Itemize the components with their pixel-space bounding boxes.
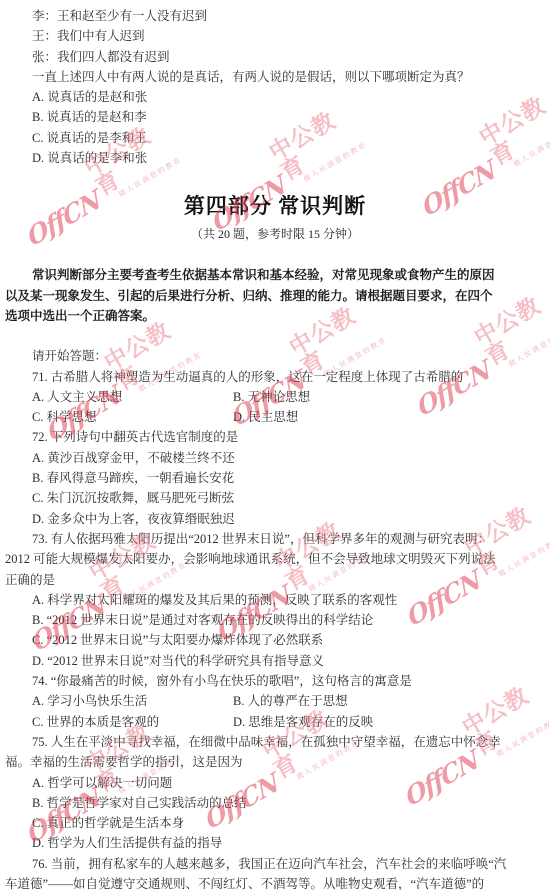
text-line: 75. 人生在平淡中寻找幸福，在细微中品味幸福，在孤独中守望幸福，在遗忘中怀念幸 bbox=[5, 732, 545, 752]
text-line: B. 哲学是哲学家对自己实践活动的总结 bbox=[5, 793, 545, 813]
text-line: 73. 有人依据玛雅太阳历提出“2012 世界末日说”，但科学界多年的观测与研究… bbox=[5, 529, 545, 549]
text-line: 2012 可能大规模爆发太阳要办，会影响地球通讯系统，但不会导致地球文明毁灭下列… bbox=[5, 549, 545, 569]
text-line: 选项中选出一个正确答案。 bbox=[5, 306, 545, 326]
logic-question-block: 李：王和赵至少有一人没有迟到王：我们中有人迟到张：我们四人都没有迟到一直上述四人… bbox=[5, 6, 545, 168]
text-line: B. 春风得意马蹄疾，一朝看遍长安花 bbox=[5, 468, 545, 488]
text-line: 福。幸福的生活需要哲学的指引，这是因为 bbox=[5, 752, 545, 772]
text-line: A. 学习小鸟快乐生活B. 人的尊严在于思想 bbox=[5, 691, 545, 711]
text-line: A. 人文主义思想B. 无神论思想 bbox=[5, 387, 545, 407]
text-line: 常识判断部分主要考查考生依据基本常识和基本经验，对常见现象或食物产生的原因 bbox=[5, 265, 545, 285]
text-line: C. 科学思想D. 民主思想 bbox=[5, 407, 545, 427]
text-line: B. “2012 世界末日说”是通过对客观存在的反映得出的科学结论 bbox=[5, 610, 545, 630]
text-line: 71. 古希腊人将神塑造为生动逼真的人的形象，这在一定程度上体现了古希腊的 bbox=[5, 367, 545, 387]
section-title: 第四部分 常识判断 bbox=[5, 191, 545, 221]
text-line: 正确的是 bbox=[5, 570, 545, 590]
section-instructions: 常识判断部分主要考查考生依据基本常识和基本经验，对常见现象或食物产生的原因以及某… bbox=[5, 265, 545, 326]
text-line: 72. 下列诗句中翻英古代选官制度的是 bbox=[5, 427, 545, 447]
text-line: 76. 当前，拥有私家车的人越来越多，我国正在迈向汽车社会，汽车社会的来临呼唤“… bbox=[5, 854, 545, 874]
text-line: A. 哲学可以解决一切问题 bbox=[5, 773, 545, 793]
text-line: A. 科学界对太阳耀斑的爆发及其后果的预测，反映了联系的客观性 bbox=[5, 590, 545, 610]
text-line: B. 说真话的是赵和李 bbox=[5, 107, 545, 127]
text-line: 一直上述四人中有两人说的是真话，有两人说的是假话，则以下哪项断定为真？ bbox=[5, 67, 545, 87]
text-line: 车道德”——如自觉遵守交通规则、不闯红灯、不酒驾等。从唯物史观看，“汽车道德”的 bbox=[5, 874, 545, 890]
text-line: 以及某一现象发生、引起的后果进行分析、归纳、推理的能力。请根据题目要求，在四个 bbox=[5, 286, 545, 306]
document-page: { "section": { "title": "第四部分 常识判断", "su… bbox=[0, 0, 550, 890]
text-line: C. 朱门沉沉按歌舞，厩马肥死弓断弦 bbox=[5, 488, 545, 508]
text-line: 74. “你最痛苦的时候，窗外有小鸟在快乐的歌唱”，这句格言的寓意是 bbox=[5, 671, 545, 691]
text-line: 王：我们中有人迟到 bbox=[5, 26, 545, 46]
questions-block: 请开始答题：71. 古希腊人将神塑造为生动逼真的人的形象，这在一定程度上体现了古… bbox=[5, 346, 545, 890]
text-line: A. 说真话的是赵和张 bbox=[5, 87, 545, 107]
text-line: 李：王和赵至少有一人没有迟到 bbox=[5, 6, 545, 26]
text-line: D. 哲学为人们生活提供有益的指导 bbox=[5, 833, 545, 853]
document-content: 李：王和赵至少有一人没有迟到王：我们中有人迟到张：我们四人都没有迟到一直上述四人… bbox=[0, 0, 550, 890]
text-line: D. 说真话的是李和张 bbox=[5, 148, 545, 168]
section-subtitle: （共 20 题，参考时限 15 分钟） bbox=[5, 221, 545, 244]
text-line: C. “2012 世界末日说”与太阳要办爆炸体现了必然联系 bbox=[5, 630, 545, 650]
text-line: A. 黄沙百战穿金甲，不破楼兰终不还 bbox=[5, 448, 545, 468]
text-line: D. 金多众中为上客，夜夜算缗眠独迟 bbox=[5, 509, 545, 529]
text-line: C. 真正的哲学就是生活本身 bbox=[5, 813, 545, 833]
text-line: D. “2012 世界末日说”对当代的科学研究具有指导意义 bbox=[5, 651, 545, 671]
text-line: C. 世界的本质是客观的D. 思维是客观存在的反映 bbox=[5, 712, 545, 732]
text-line: C. 说真话的是李和王 bbox=[5, 128, 545, 148]
text-line: 请开始答题： bbox=[5, 346, 545, 366]
text-line: 张：我们四人都没有迟到 bbox=[5, 47, 545, 67]
